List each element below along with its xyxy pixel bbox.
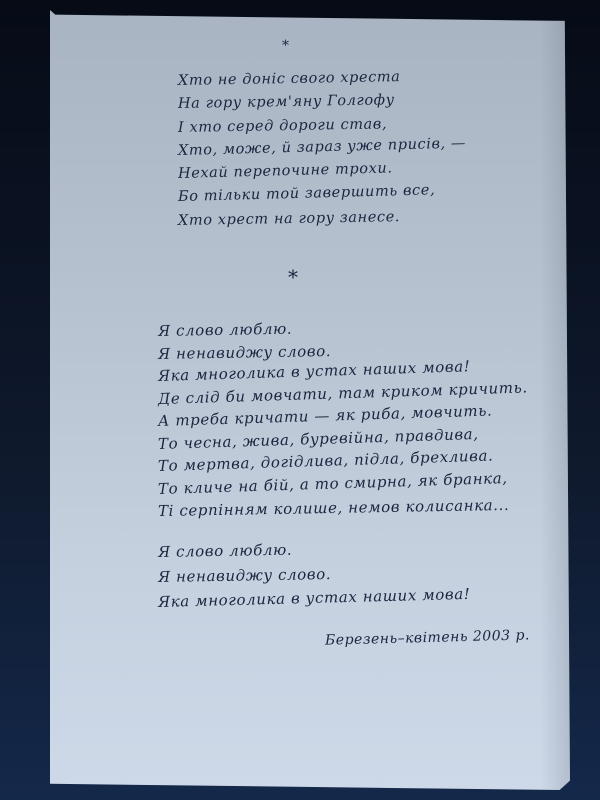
paper-sheet: * Хто не доніс свого хреста На гору крем…	[50, 10, 570, 790]
section-mark-star: *	[282, 38, 289, 54]
section-mark-star: *	[288, 265, 298, 289]
stanza-1: Хто не доніс свого хреста На гору крем'я…	[178, 70, 466, 233]
poem-line: Хто хрест на гору занесе.	[178, 205, 467, 233]
stanza-2: Я слово люблю. Я ненавиджу слово. Яка мн…	[158, 320, 528, 523]
manuscript-text: * Хто не доніс свого хреста На гору крем…	[50, 10, 570, 790]
date-signature: Березень–квітень 2003 р.	[325, 627, 530, 648]
stanza-3: Я слово люблю. Я ненавиджу слово. Яка мн…	[158, 540, 471, 615]
